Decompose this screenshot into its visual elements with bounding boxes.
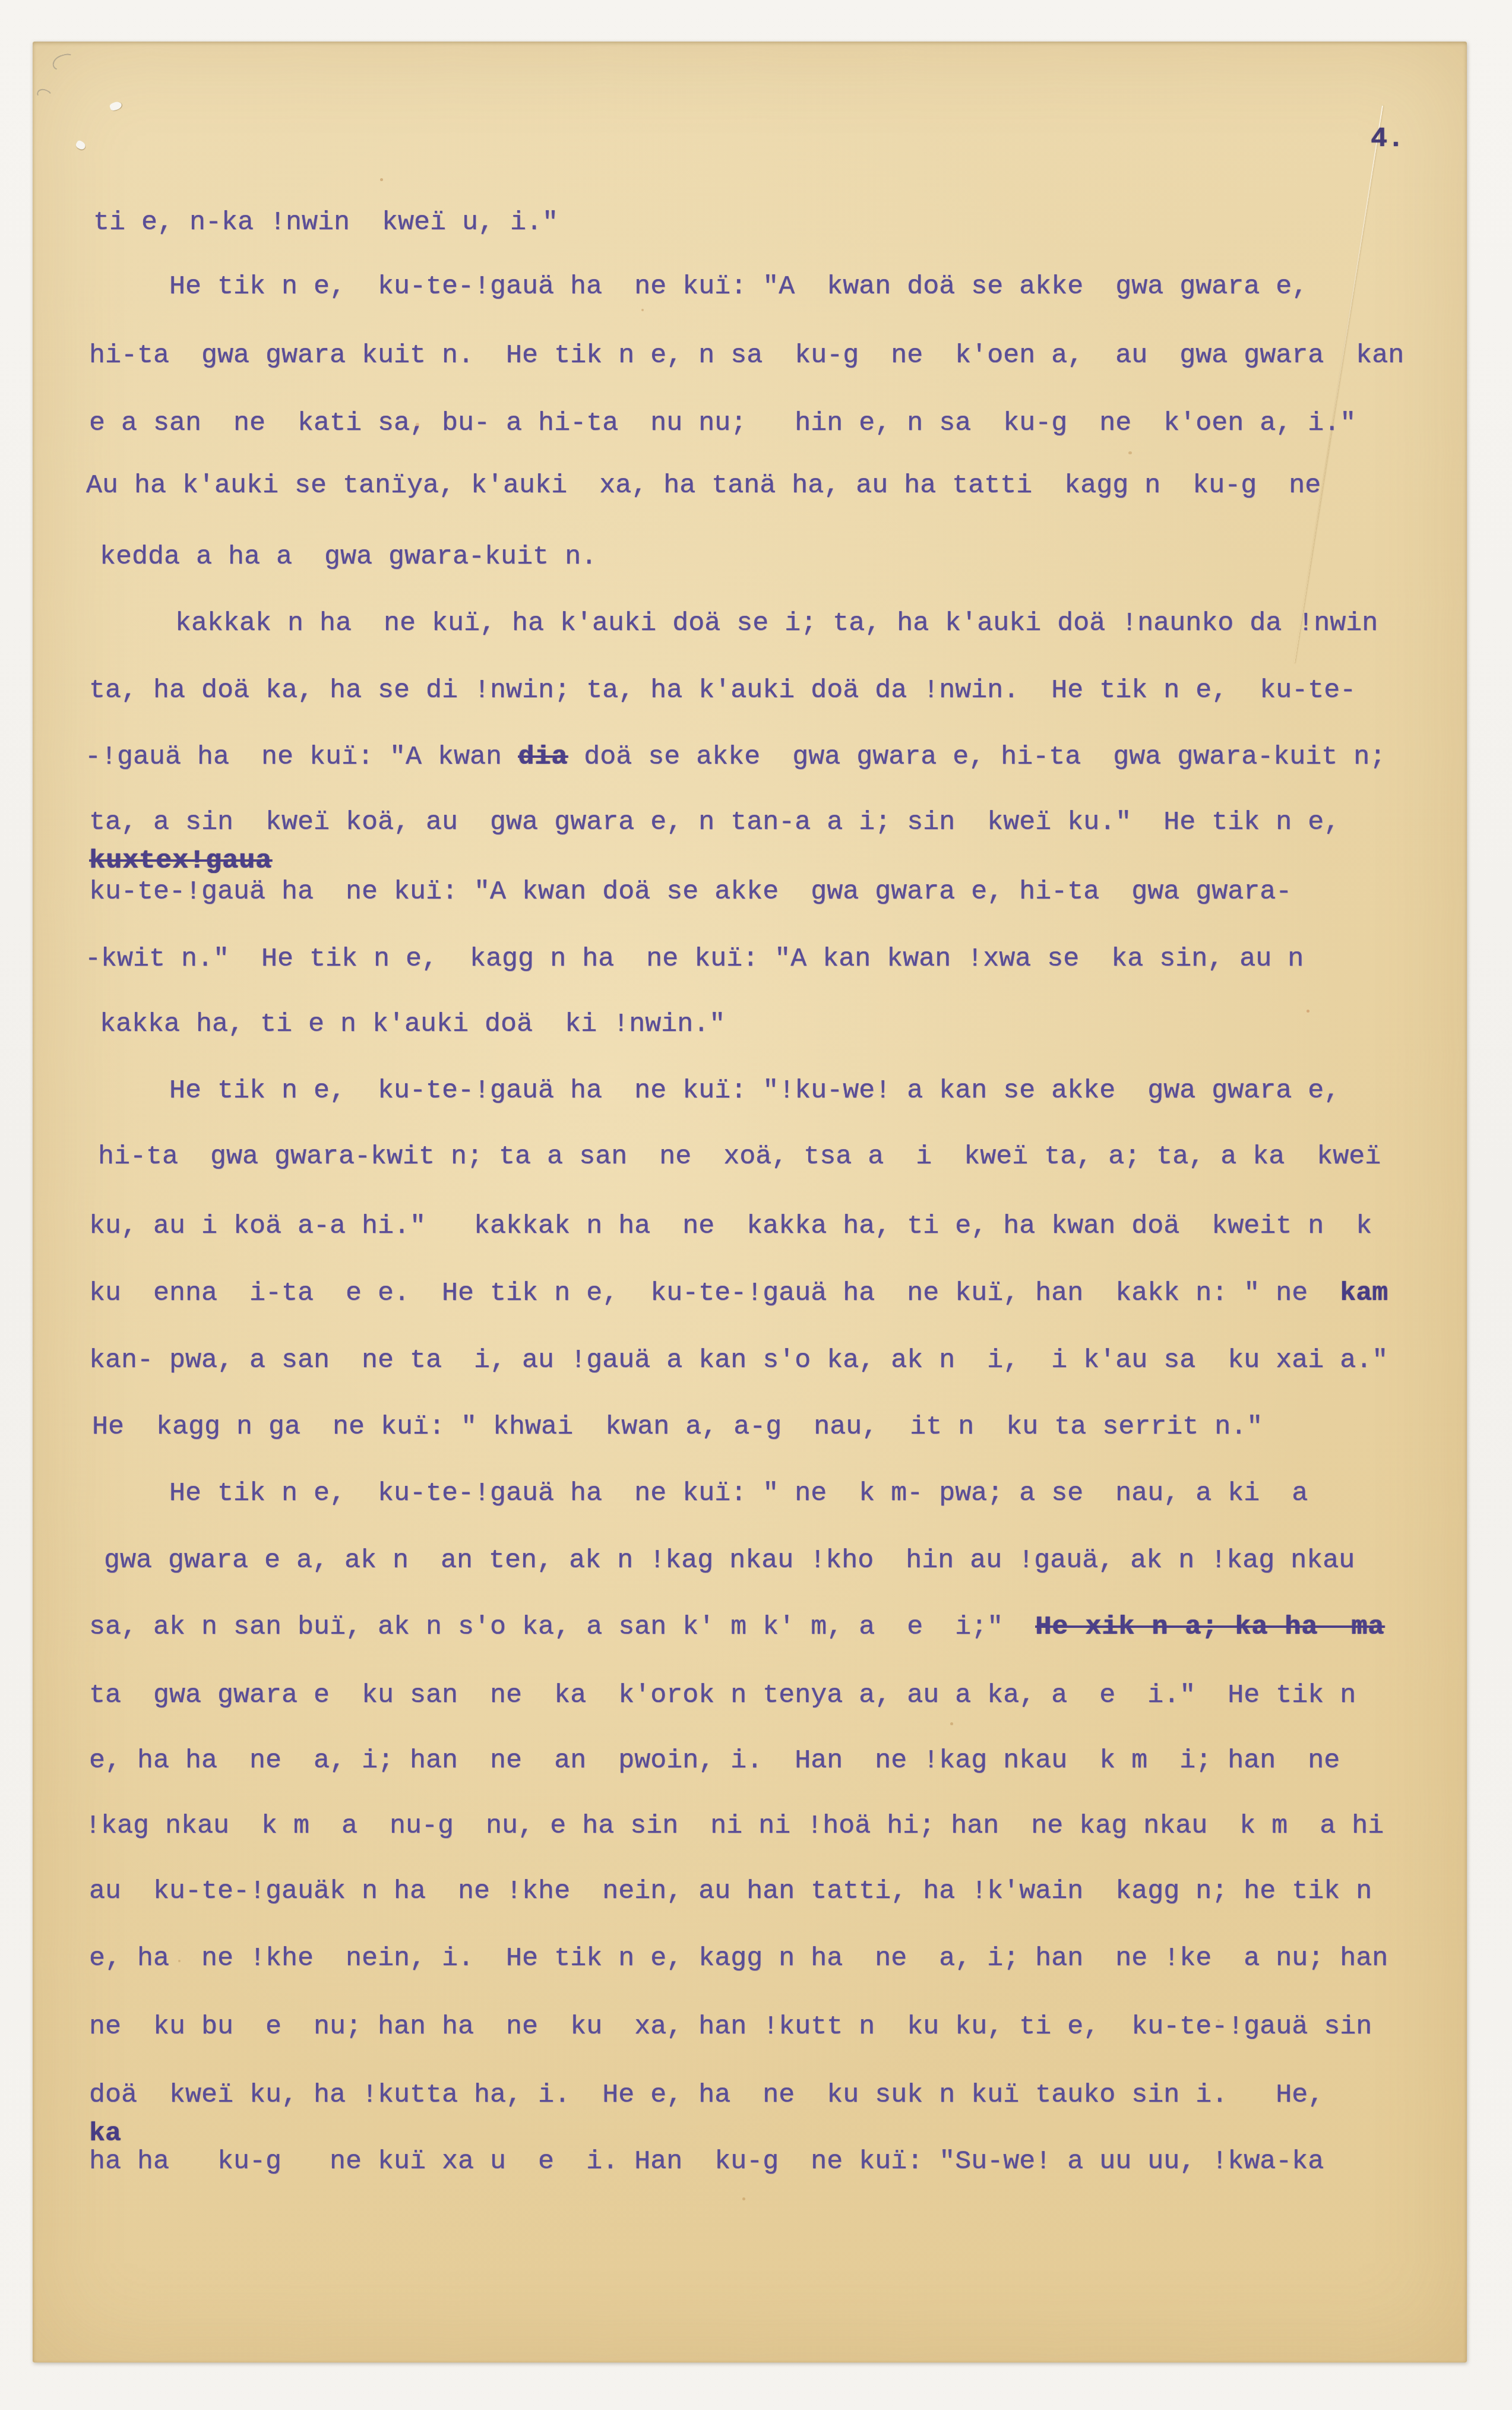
typed-text: ti e, n-ka !nwin kweï u, i." xyxy=(93,207,558,238)
typed-text: au ku-te-!gauäk n ha ne !khe nein, au ha… xyxy=(89,1876,1372,1906)
typed-text: ne ku bu e nu; han ha ne ku xa, han !kut… xyxy=(89,2012,1372,2042)
typed-text: ka xyxy=(89,2118,121,2149)
typed-line: -kwit n." He tik n e, kagg n ha ne kuï: … xyxy=(85,944,1304,974)
typed-line: He kagg n ga ne kuï: " khwai kwan a, a-g… xyxy=(92,1412,1263,1442)
typed-text: sa, ak n san buï, ak n s'o ka, a san k' … xyxy=(89,1612,1035,1642)
typed-text: kakka ha, ti e n k'auki doä ki !nwin." xyxy=(100,1009,725,1039)
struck-out-text: dia xyxy=(518,742,568,772)
typed-line: e, ha ha ne a, i; han ne an pwoin, i. Ha… xyxy=(89,1746,1340,1776)
typed-line: e a san ne kati sa, bu- a hi-ta nu nu; h… xyxy=(89,409,1356,438)
typed-line: gwa gwara e a, ak n an ten, ak n !kag nk… xyxy=(104,1546,1355,1576)
typed-text: -kwit n." He tik n e, kagg n ha ne kuï: … xyxy=(85,944,1304,974)
typed-text: doä kweï ku, ha !kutta ha, i. He e, ha n… xyxy=(89,2080,1324,2110)
typed-text: ku-te-!gauä ha ne kuï: "A kwan doä se ak… xyxy=(89,877,1292,907)
typed-line: kan- pwa, a san ne ta i, au !gauä a kan … xyxy=(89,1346,1388,1375)
typed-line: kuxtex!gaua xyxy=(89,846,272,876)
typed-line: e, ha ne !khe nein, i. He tik n e, kagg … xyxy=(89,1944,1388,1973)
typed-text: hi-ta gwa gwara-kwit n; ta a san ne xoä,… xyxy=(98,1141,1381,1172)
typed-line: ta gwa gwara e ku san ne ka k'orok n ten… xyxy=(89,1681,1356,1710)
typed-line: ha ha ku-g ne kuï xa u e i. Han ku-g ne … xyxy=(89,2147,1324,2177)
typed-text: kakkak n ha ne kuï, ha k'auki doä se i; … xyxy=(175,608,1378,638)
typed-line: -!gauä ha ne kuï: "A kwan dia doä se akk… xyxy=(85,742,1386,772)
typed-line: He tik n e, ku-te-!gauä ha ne kuï: "!ku-… xyxy=(169,1076,1340,1106)
typed-line: hi-ta gwa gwara-kwit n; ta a san ne xoä,… xyxy=(98,1142,1381,1172)
typed-text: ta, ha doä ka, ha se di !nwin; ta, ha k'… xyxy=(89,675,1356,706)
typed-text: kedda a ha a gwa gwara-kuit n. xyxy=(100,542,597,572)
typed-line: sa, ak n san buï, ak n s'o ka, a san k' … xyxy=(89,1612,1384,1642)
typed-line: ku, au i koä a-a hi." kakkak n ha ne kak… xyxy=(89,1212,1372,1241)
typed-line: doä kweï ku, ha !kutta ha, i. He e, ha n… xyxy=(89,2080,1324,2110)
typed-line: ku-te-!gauä ha ne kuï: "A kwan doä se ak… xyxy=(89,877,1292,907)
typed-text: doä se akke gwa gwara e, hi-ta gwa gwara… xyxy=(568,742,1386,772)
typed-line: ta, ha doä ka, ha se di !nwin; ta, ha k'… xyxy=(89,676,1356,706)
typed-text: -!gauä ha ne kuï: "A kwan xyxy=(85,742,518,772)
typed-line: au ku-te-!gauäk n ha ne !khe nein, au ha… xyxy=(89,1877,1372,1906)
typed-text: kan- pwa, a san ne ta i, au !gauä a kan … xyxy=(89,1345,1388,1375)
typed-text: ta, a sin kweï koä, au gwa gwara e, n ta… xyxy=(89,807,1340,837)
typed-text: ha ha ku-g ne kuï xa u e i. Han ku-g ne … xyxy=(89,2146,1324,2177)
typed-text: He tik n e, ku-te-!gauä ha ne kuï: "!ku-… xyxy=(169,1076,1340,1106)
typed-text: e a san ne kati sa, bu- a hi-ta nu nu; h… xyxy=(89,408,1356,438)
struck-out-text: He xik n a; ka ha ma xyxy=(1035,1612,1384,1642)
typed-text: e, ha ha ne a, i; han ne an pwoin, i. Ha… xyxy=(89,1745,1340,1776)
page-number: 4. xyxy=(1371,124,1404,155)
typed-text: ku, au i koä a-a hi." kakkak n ha ne kak… xyxy=(89,1211,1372,1241)
typed-line: He tik n e, ku-te-!gauä ha ne kuï: " ne … xyxy=(169,1479,1308,1508)
typed-line: hi-ta gwa gwara kuit n. He tik n e, n sa… xyxy=(89,341,1404,371)
typed-text: He kagg n ga ne kuï: " khwai kwan a, a-g… xyxy=(92,1412,1263,1442)
typed-line: ku enna i-ta e e. He tik n e, ku-te-!gau… xyxy=(89,1279,1388,1308)
typed-line: ne ku bu e nu; han ha ne ku xa, han !kut… xyxy=(89,2012,1372,2042)
typed-text-layer: 4. ti e, n-ka !nwin kweï u, i."He tik n … xyxy=(0,0,1512,2410)
typed-text: gwa gwara e a, ak n an ten, ak n !kag nk… xyxy=(104,1545,1355,1576)
typed-line: ka xyxy=(89,2119,121,2149)
typed-line: ti e, n-ka !nwin kweï u, i." xyxy=(93,208,558,238)
typed-text: !kag nkau k m a nu-g nu, e ha sin ni ni … xyxy=(85,1811,1384,1841)
typed-line: kakka ha, ti e n k'auki doä ki !nwin." xyxy=(100,1010,725,1039)
typed-text: hi-ta gwa gwara kuit n. He tik n e, n sa… xyxy=(89,340,1404,371)
typed-line: He tik n e, ku-te-!gauä ha ne kuï: "A kw… xyxy=(169,272,1308,302)
typed-text: Au ha k'auki se tanïya, k'auki xa, ha ta… xyxy=(86,470,1321,501)
typed-text: ku enna i-ta e e. He tik n e, ku-te-!gau… xyxy=(89,1278,1340,1308)
typed-line: kakkak n ha ne kuï, ha k'auki doä se i; … xyxy=(175,609,1378,638)
typed-text: e, ha ne !khe nein, i. He tik n e, kagg … xyxy=(89,1943,1388,1973)
typed-line: !kag nkau k m a nu-g nu, e ha sin ni ni … xyxy=(85,1811,1384,1841)
typed-text: ta gwa gwara e ku san ne ka k'orok n ten… xyxy=(89,1680,1356,1710)
struck-out-text: kuxtex!gaua xyxy=(89,846,272,876)
typed-text: kam xyxy=(1340,1278,1388,1308)
typed-text: He tik n e, ku-te-!gauä ha ne kuï: " ne … xyxy=(169,1478,1308,1508)
typed-line: Au ha k'auki se tanïya, k'auki xa, ha ta… xyxy=(86,471,1321,501)
typed-line: ta, a sin kweï koä, au gwa gwara e, n ta… xyxy=(89,808,1340,837)
typed-line: kedda a ha a gwa gwara-kuit n. xyxy=(100,542,597,572)
typed-text: He tik n e, ku-te-!gauä ha ne kuï: "A kw… xyxy=(169,271,1308,302)
